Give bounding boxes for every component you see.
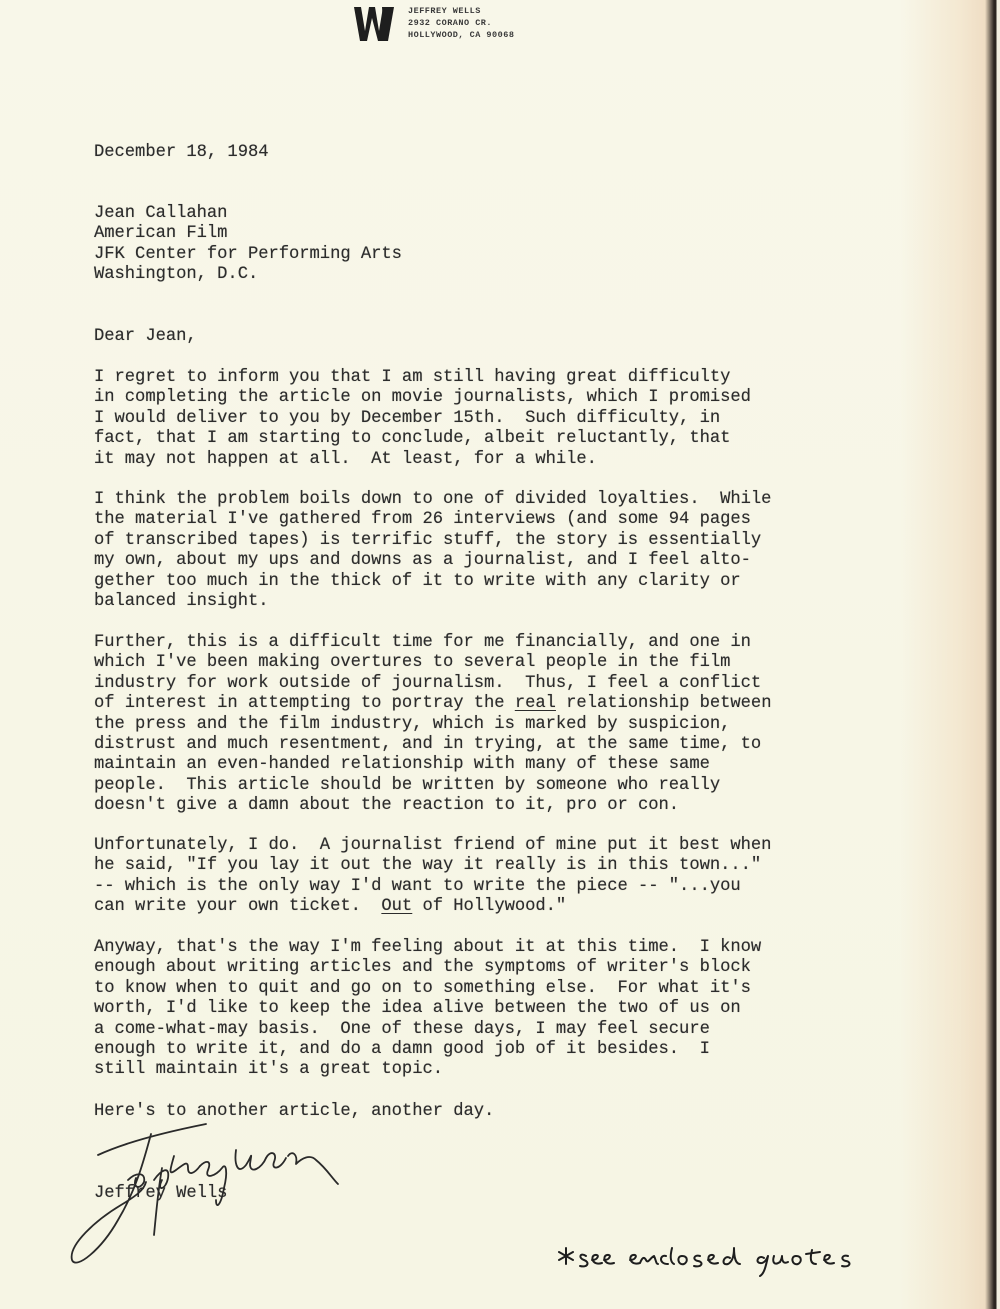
text-line: distrust and much resentment, and in try…	[94, 735, 771, 755]
text-line: a come-what-may basis. One of these days…	[94, 1020, 761, 1040]
text-segment: of interest in attempting to portray the	[94, 694, 515, 713]
text-line: which I've been making overtures to seve…	[94, 653, 771, 673]
text-line: Anyway, that's the way I'm feeling about…	[94, 938, 761, 958]
letterhead: JEFFREY WELLS2932 CORANO CR.HOLLYWOOD, C…	[352, 4, 514, 44]
text-line: the press and the film industry, which i…	[94, 715, 771, 735]
text-line: of interest in attempting to portray the…	[94, 694, 771, 714]
text-line: the material I've gathered from 26 inter…	[94, 510, 771, 530]
recipient-name: Jean Callahan	[94, 204, 402, 224]
text-line: he said, "If you lay it out the way it r…	[94, 856, 771, 876]
paragraph-4: Unfortunately, I do. A journalist friend…	[94, 836, 771, 918]
handwritten-note	[558, 1238, 878, 1278]
letterhead-city: HOLLYWOOD, CA 90068	[408, 29, 514, 41]
text-line: my own, about my ups and downs as a jour…	[94, 551, 771, 571]
text-line: I think the problem boils down to one of…	[94, 490, 771, 510]
letter-page: JEFFREY WELLS2932 CORANO CR.HOLLYWOOD, C…	[0, 0, 1000, 1309]
letterhead-name: JEFFREY WELLS	[408, 5, 514, 17]
text-line: enough about writing articles and the sy…	[94, 958, 761, 978]
text-line: I would deliver to you by December 15th.…	[94, 409, 751, 429]
text-line: still maintain it's a great topic.	[94, 1060, 761, 1080]
paragraph-3: Further, this is a difficult time for me…	[94, 633, 771, 817]
text-line: in completing the article on movie journ…	[94, 388, 751, 408]
asterisk-icon	[558, 1238, 878, 1278]
text-line: can write your own ticket. Out of Hollyw…	[94, 897, 771, 917]
text-line: Further, this is a difficult time for me…	[94, 633, 771, 653]
text-line: gether too much in the thick of it to wr…	[94, 572, 771, 592]
text-line: maintain an even-handed relationship wit…	[94, 755, 771, 775]
letterhead-address: JEFFREY WELLS2932 CORANO CR.HOLLYWOOD, C…	[408, 5, 514, 41]
salutation: Dear Jean,	[94, 327, 197, 347]
closing-line: Here's to another article, another day.	[94, 1102, 494, 1122]
underlined-word: real	[515, 694, 556, 713]
typed-signature-name: Jeffrey Wells	[94, 1184, 227, 1204]
text-line: people. This article should be written b…	[94, 776, 771, 796]
letter-date: December 18, 1984	[94, 143, 269, 163]
text-line: to know when to quit and go on to someth…	[94, 979, 761, 999]
text-line: doesn't give a damn about the reaction t…	[94, 796, 771, 816]
w-logo-icon	[352, 4, 400, 44]
paragraph-1: I regret to inform you that I am still h…	[94, 368, 751, 470]
text-line: fact, that I am starting to conclude, al…	[94, 429, 751, 449]
text-line: balanced insight.	[94, 592, 771, 612]
text-line: Unfortunately, I do. A journalist friend…	[94, 836, 771, 856]
underlined-word: Out	[381, 897, 412, 916]
recipient-institution: JFK Center for Performing Arts	[94, 245, 402, 265]
paragraph-2: I think the problem boils down to one of…	[94, 490, 771, 612]
text-line: I regret to inform you that I am still h…	[94, 368, 751, 388]
text-segment: can write your own ticket.	[94, 897, 381, 916]
recipient-city: Washington, D.C.	[94, 265, 402, 285]
text-segment: relationship between	[556, 694, 772, 713]
letterhead-street: 2932 CORANO CR.	[408, 17, 514, 29]
text-line: it may not happen at all. At least, for …	[94, 450, 751, 470]
recipient-organization: American Film	[94, 224, 402, 244]
text-line: worth, I'd like to keep the idea alive b…	[94, 999, 761, 1019]
text-line: of transcribed tapes) is terrific stuff,…	[94, 531, 771, 551]
text-line: industry for work outside of journalism.…	[94, 674, 771, 694]
text-line: -- which is the only way I'd want to wri…	[94, 877, 771, 897]
text-segment: of Hollywood."	[412, 897, 566, 916]
paragraph-5: Anyway, that's the way I'm feeling about…	[94, 938, 761, 1081]
recipient-address: Jean CallahanAmerican FilmJFK Center for…	[94, 204, 402, 286]
text-line: enough to write it, and do a damn good j…	[94, 1040, 761, 1060]
